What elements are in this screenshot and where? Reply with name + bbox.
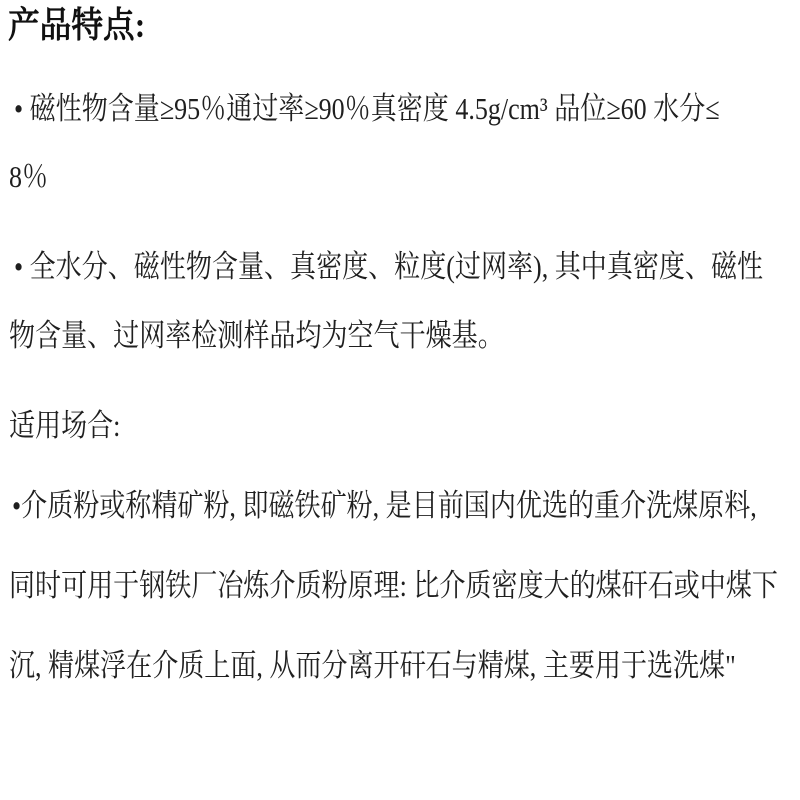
feature-line-1: • 磁性物含量≥95％通过率≥90％真密度 4.5g/cm³ 品位≥60 水分≤ [14,90,720,129]
feature-line-2: 8％ [9,158,48,197]
usage-heading: 适用场合: [9,407,120,446]
page-title: 产品特点: [8,4,145,47]
usage-line-3: 沉, 精煤浮在介质上面, 从而分离开矸石与精煤, 主要用于选洗煤" [9,647,736,686]
feature-line-4: 物含量、过网率检测样品均为空气干燥基。 [9,317,504,356]
usage-line-1: •介质粉或称精矿粉, 即磁铁矿粉, 是目前国内优选的重介洗煤原料, [12,487,757,526]
feature-line-3: • 全水分、磁性物含量、真密度、粒度(过网率), 其中真密度、磁性 [14,248,763,287]
product-description-page: 产品特点: • 磁性物含量≥95％通过率≥90％真密度 4.5g/cm³ 品位≥… [0,0,800,800]
usage-line-2: 同时可用于钢铁厂冶炼介质粉原理: 比介质密度大的煤矸石或中煤下 [9,567,778,606]
